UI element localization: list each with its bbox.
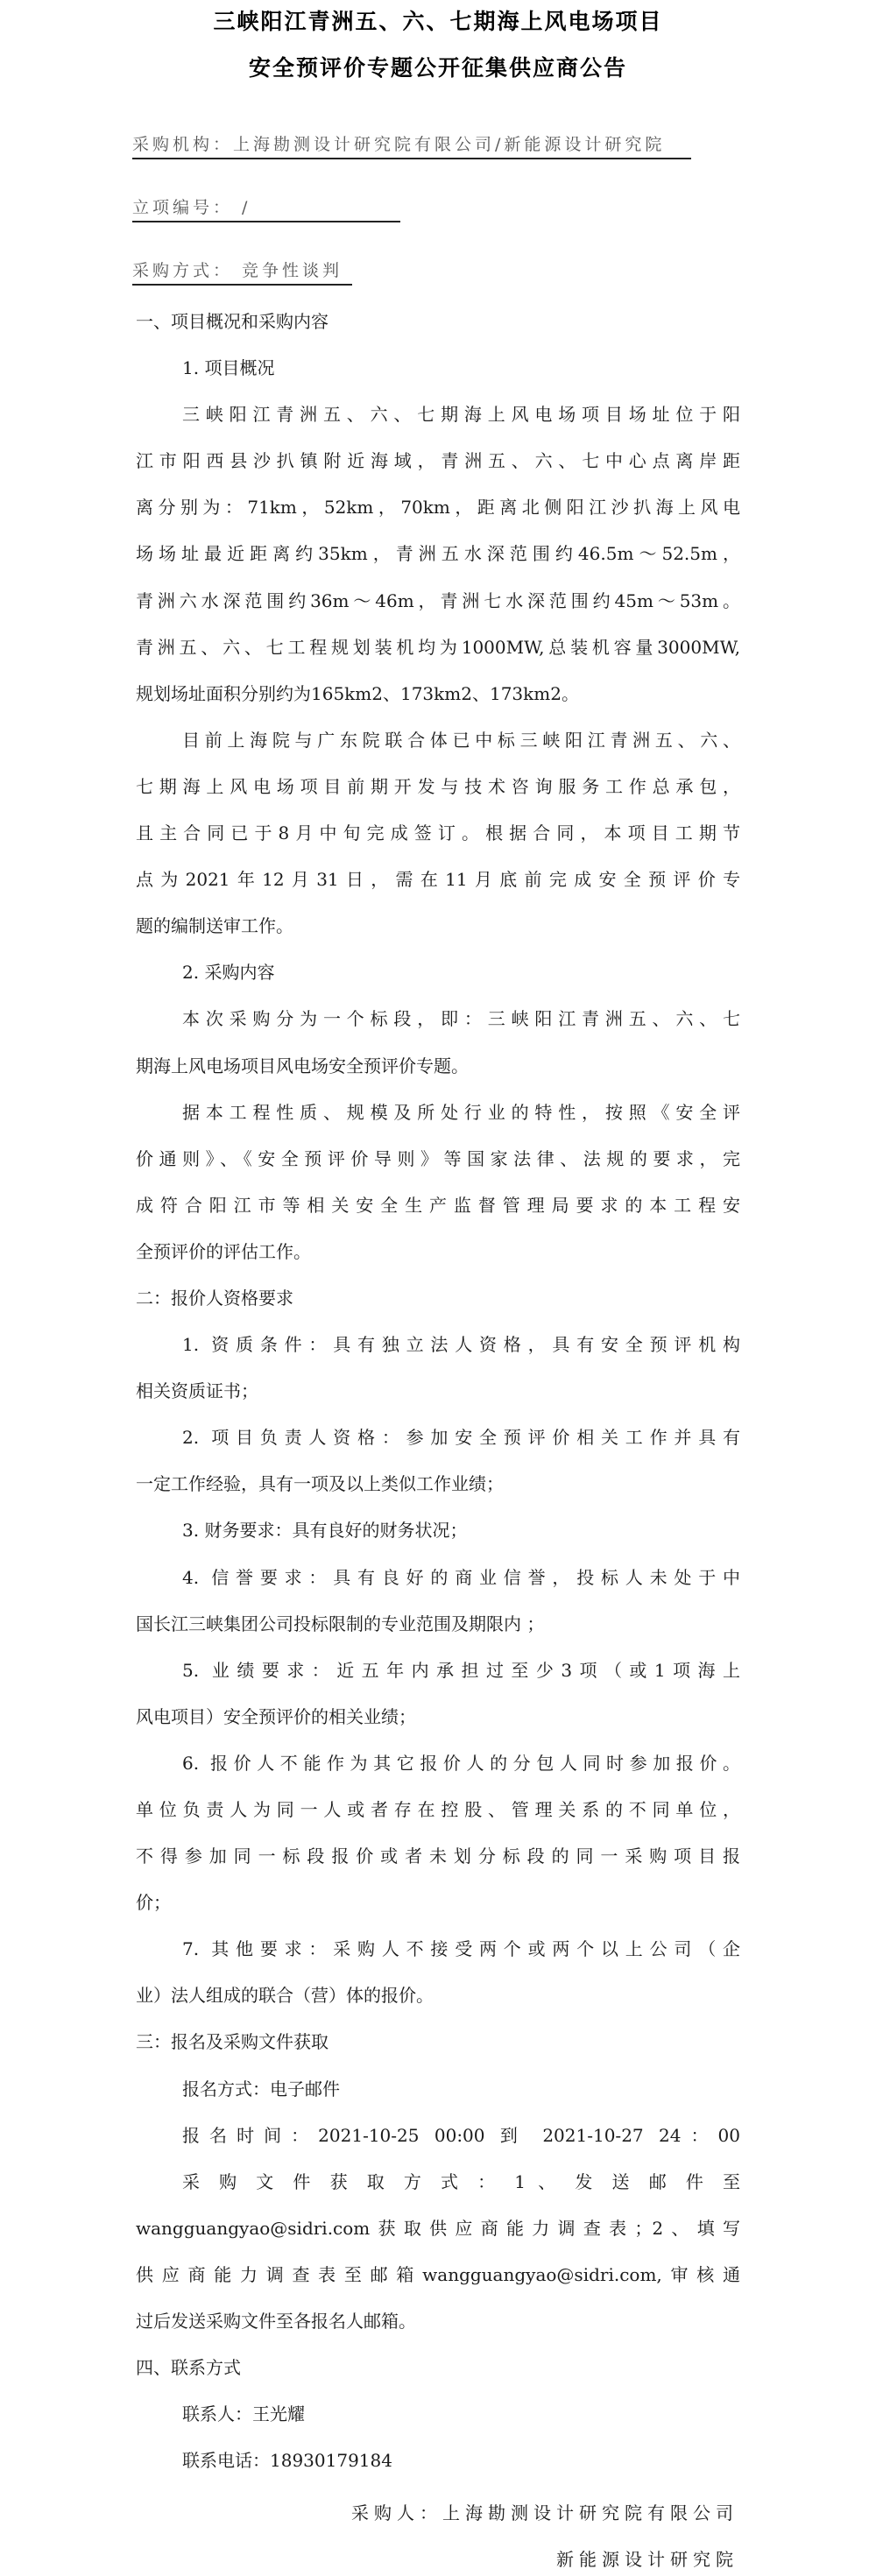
paragraph-line: 成符合阳江市等相关安全生产监督管理局要求的本工程安	[136, 1182, 740, 1229]
paragraph-line: 国长江三峡集团公司投标限制的专业范围及期限内 ；	[136, 1601, 740, 1648]
paragraph-line: 题的编制送审工作。	[136, 903, 740, 949]
paragraph-line: 4. 信誉要求：具有良好的商业信誉，投标人未处于中	[136, 1555, 740, 1601]
paragraph-line: 本次采购分为一个标段，即：三峡阳江青洲五、六、七	[136, 996, 740, 1042]
subsection-heading: 1. 项目概况	[136, 345, 740, 392]
procurement-method-field: 采购方式： 竞争性谈判	[132, 258, 352, 286]
paragraph-line: 报名方式：电子邮件	[136, 2066, 740, 2113]
paragraph-line: 离分别为：71km，52km，70km，距离北侧阳江沙扒海上风电	[136, 484, 740, 531]
section-heading: 二：报价人资格要求	[136, 1275, 740, 1322]
announcement-body: 一、项目概况和采购内容1. 项目概况三峡阳江青洲五、六、七期海上风电场项目场址位…	[136, 299, 740, 2484]
paragraph-line: 青洲五、六、七工程规划装机均为1000MW,总装机容量3000MW,	[136, 625, 740, 671]
subsection-heading: 2. 采购内容	[136, 949, 740, 996]
paragraph-line: 青洲六水深范围约36m～46m，青洲七水深范围约45m～53m。	[136, 578, 740, 625]
section-heading: 四、联系方式	[136, 2345, 740, 2391]
paragraph-line: 一定工作经验，具有一项及以上类似工作业绩；	[136, 1461, 740, 1507]
paragraph-line: 且主合同已于8月中旬完成签订。根据合同，本项目工期节	[136, 810, 740, 857]
section-heading: 一、项目概况和采购内容	[136, 299, 740, 345]
paragraph-line: 供应商能力调查表至邮箱wangguangyao@sidri.com,审核通	[136, 2252, 740, 2298]
paragraph-line: 报名时间：2021-10-25 00:00 到 2021-10-27 24：00	[136, 2113, 740, 2159]
paragraph-line: 期海上风电场项目风电场安全预评价专题。	[136, 1043, 740, 1090]
paragraph-line: 江市阳西县沙扒镇附近海域，青洲五、六、七中心点离岸距	[136, 438, 740, 484]
paragraph-line: 1. 资质条件：具有独立法人资格，具有安全预评机构	[136, 1322, 740, 1368]
paragraph-line: 采 购 文 件 获 取 方 式 ： 1 、 发 送 邮 件 至	[136, 2159, 740, 2205]
paragraph-line: 7. 其他要求：采购人不接受两个或两个以上公司（企	[136, 1926, 740, 1973]
paragraph-line: 风电项目）安全预评价的相关业绩；	[136, 1694, 740, 1740]
signature-purchaser: 采购人：上海勘测设计研究院有限公司	[351, 2500, 738, 2526]
paragraph-line: 3. 财务要求：具有良好的财务状况；	[136, 1507, 740, 1554]
paragraph-line: 业）法人组成的联合（营）体的报价。	[136, 1973, 740, 2019]
paragraph-line: 5. 业绩要求：近五年内承担过至少3项（或1项海上	[136, 1648, 740, 1694]
paragraph-line: 单位负责人为同一人或者存在控股、管理关系的不同单位，	[136, 1787, 740, 1833]
paragraph-line: 2. 项目负责人资格：参加安全预评价相关工作并具有	[136, 1415, 740, 1461]
paragraph-line: 价；	[136, 1880, 740, 1926]
paragraph-line: 目前上海院与广东院联合体已中标三峡阳江青洲五、六、	[136, 717, 740, 764]
title-line-1: 三峡阳江青洲五、六、七期海上风电场项目	[0, 9, 876, 35]
paragraph-line: 过后发送采购文件至各报名人邮箱。	[136, 2298, 740, 2345]
paragraph-line: 全预评价的评估工作。	[136, 1229, 740, 1275]
purchasing-agency-field: 采购机构：上海勘测设计研究院有限公司/新能源设计研究院	[132, 131, 691, 159]
paragraph-line: 七期海上风电场项目前期开发与技术咨询服务工作总承包，	[136, 764, 740, 810]
section-heading: 三：报名及采购文件获取	[136, 2019, 740, 2065]
paragraph-line: wangguangyao@sidri.com获取供应商能力调查表；2、填写	[136, 2205, 740, 2252]
paragraph-line: 价通则》、《安全预评价导则》等国家法律、法规的要求，完	[136, 1136, 740, 1182]
paragraph-line: 据本工程性质、规模及所处行业的特性，按照《安全评	[136, 1090, 740, 1136]
paragraph-line: 6. 报价人不能作为其它报价人的分包人同时参加报价。	[136, 1740, 740, 1787]
paragraph-line: 规划场址面积分别约为165km2、173km2、173km2。	[136, 671, 740, 717]
paragraph-line: 相关资质证书；	[136, 1368, 740, 1415]
paragraph-line: 三峡阳江青洲五、六、七期海上风电场项目场址位于阳	[136, 392, 740, 438]
paragraph-line: 联系人：王光耀	[136, 2391, 740, 2438]
paragraph-line: 联系电话：18930179184	[136, 2438, 740, 2484]
paragraph-line: 场场址最近距离约35km，青洲五水深范围约46.5m～52.5m，	[136, 531, 740, 577]
title-line-2: 安全预评价专题公开征集供应商公告	[0, 55, 876, 81]
signature-department: 新能源设计研究院	[556, 2546, 738, 2572]
paragraph-line: 点为2021年12月31日，需在11月底前完成安全预评价专	[136, 857, 740, 903]
paragraph-line: 不得参加同一标段报价或者未划分标段的同一采购项目报	[136, 1833, 740, 1880]
project-number-field: 立项编号： /	[132, 194, 400, 222]
